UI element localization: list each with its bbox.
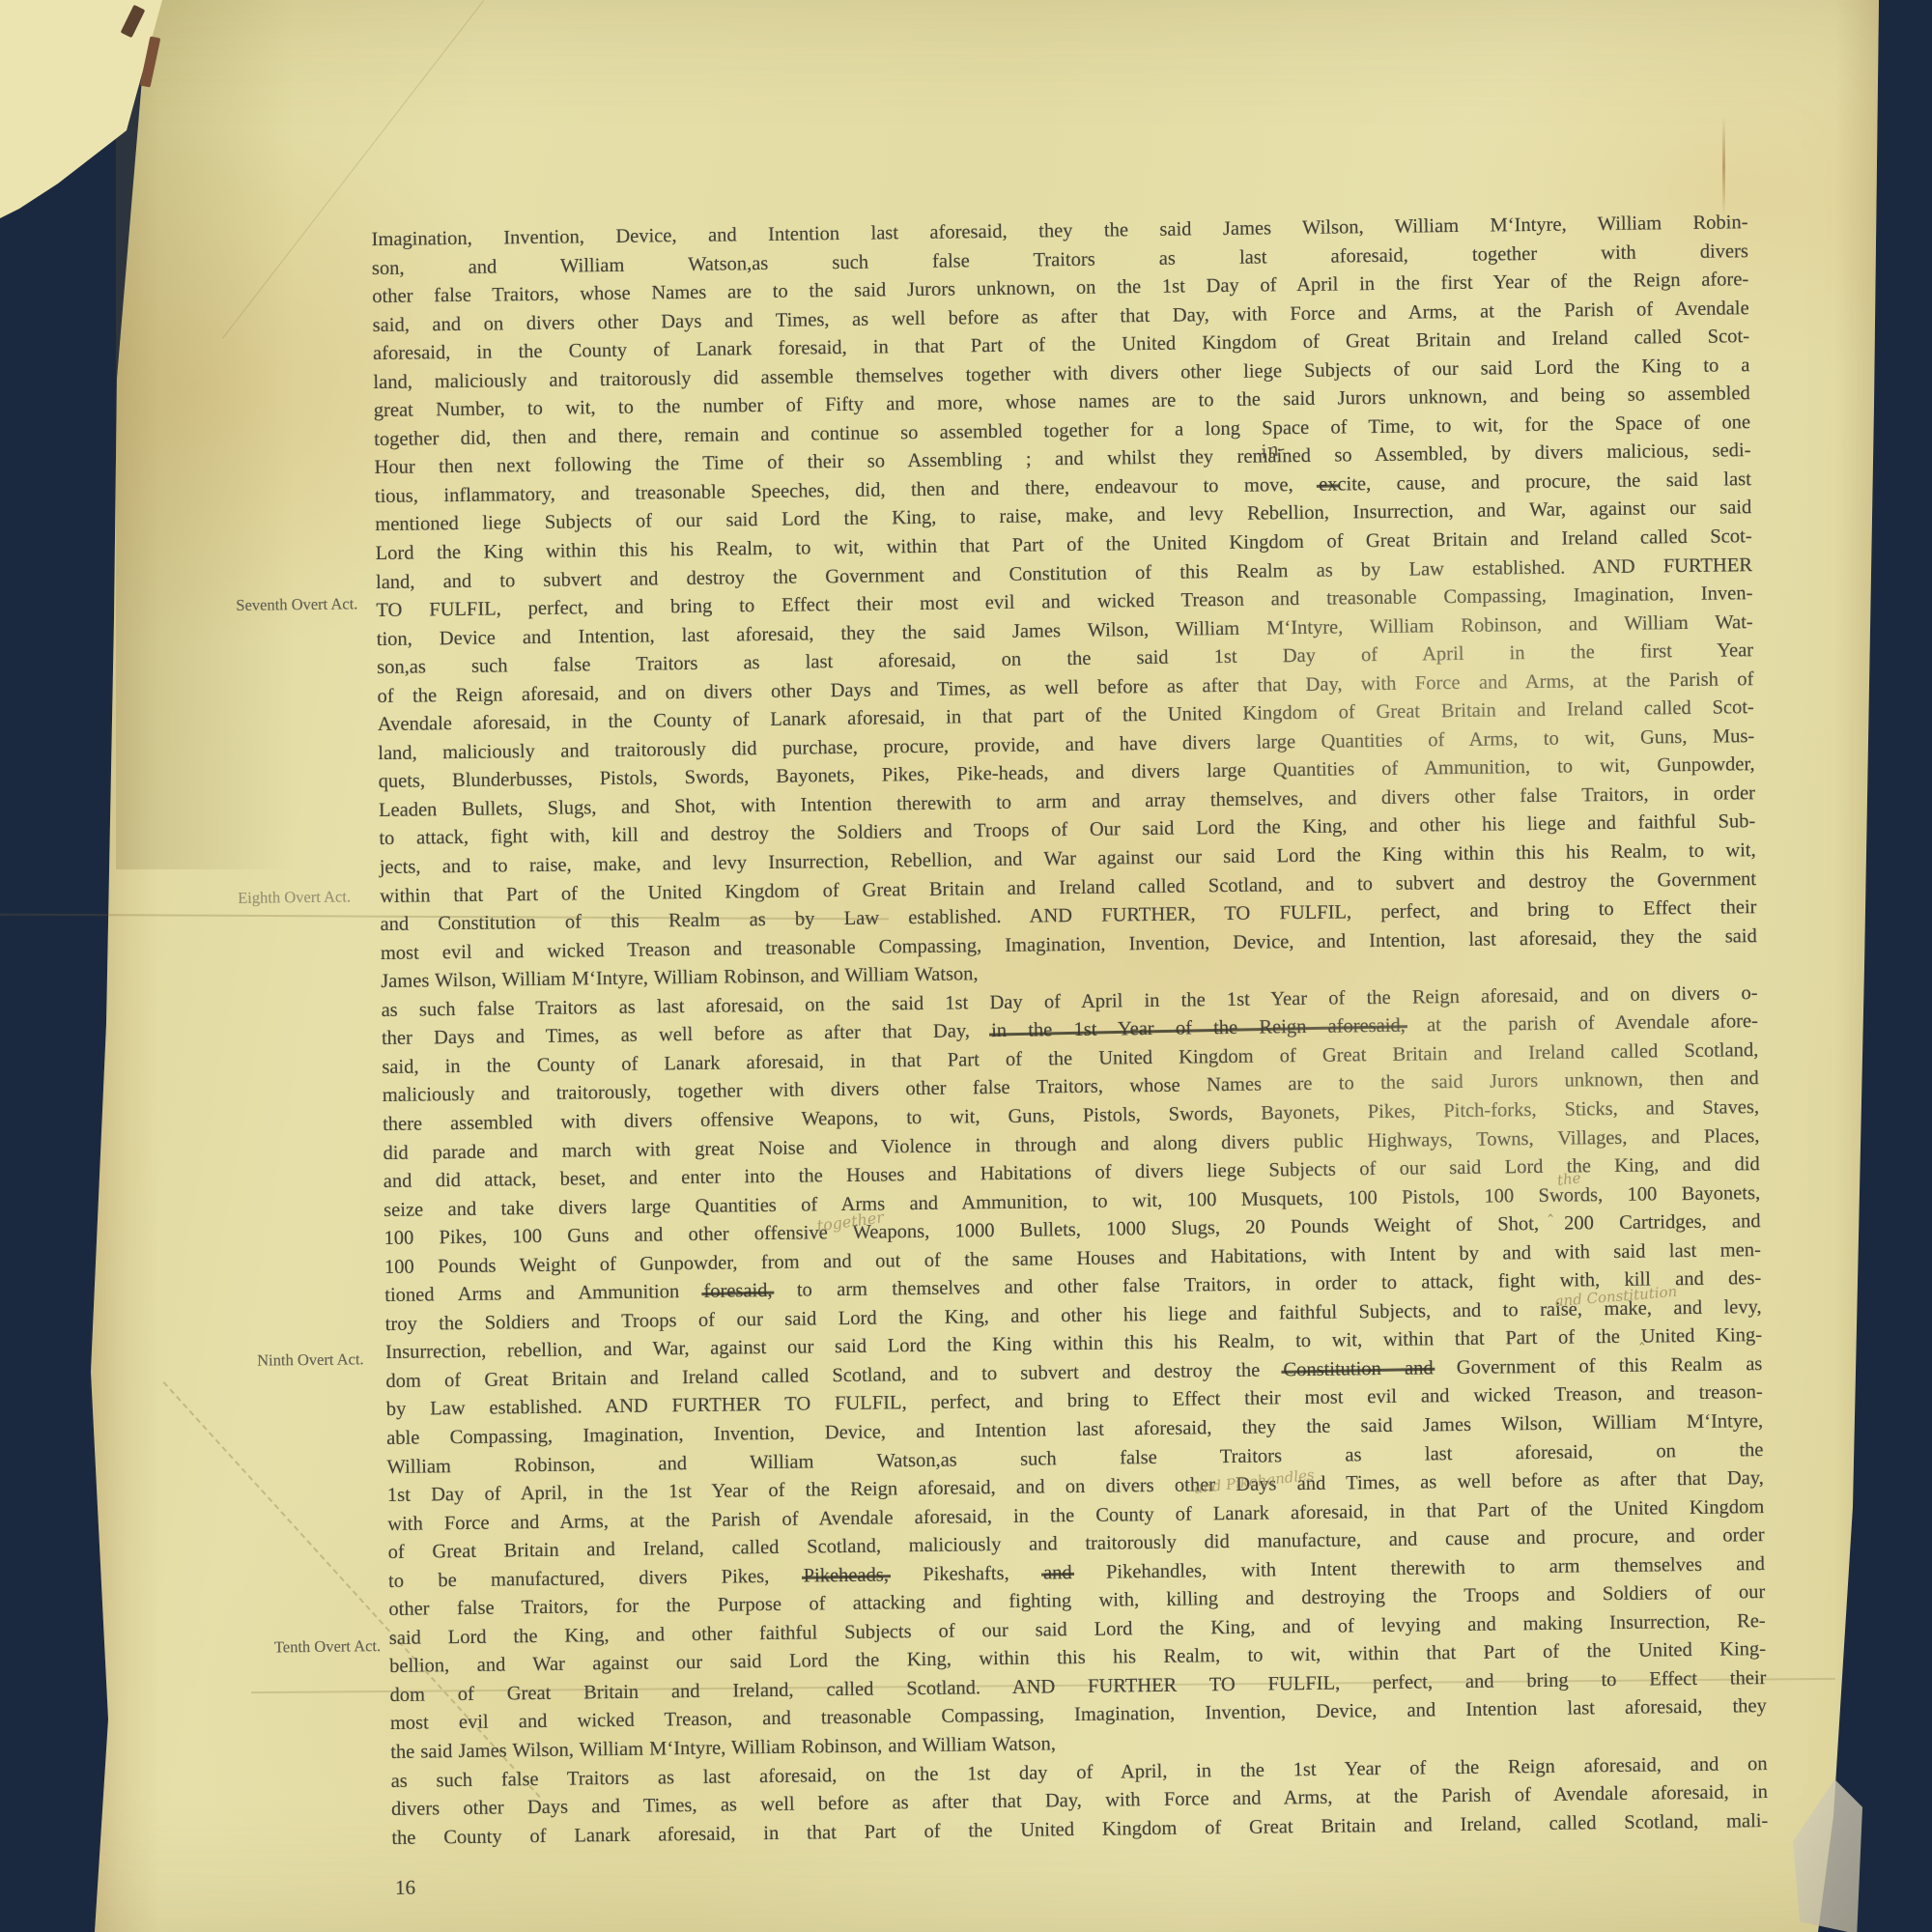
printed-text: ther Days and Times, as well before as a… <box>382 1020 991 1049</box>
printed-text: son, and William Watson, <box>372 253 753 279</box>
printed-text: Pikeshafts, <box>889 1562 1043 1585</box>
scanned-document-photo: Seventh Overt Act.Eighth Overt Act.Ninth… <box>0 0 1932 1932</box>
struck-text: ex <box>1319 473 1338 495</box>
printed-text: James Wilson, William M‘Intyre, William … <box>381 963 979 992</box>
struck-text: in the 1st Year of the Reign aforesaid, <box>991 1015 1406 1041</box>
printed-text: William Robinson, and William Watson, <box>386 1449 940 1477</box>
struck-text: Constitution and <box>1283 1357 1433 1380</box>
page-number: 16 <box>395 1876 415 1900</box>
margin-notes: Seventh Overt Act.Eighth Overt Act.Ninth… <box>0 0 1918 5</box>
handwritten-correction: ‸ <box>1639 1327 1645 1346</box>
printed-text: Pikehandles, with Intent therewith to ar… <box>1072 1553 1766 1583</box>
struck-text: and <box>1043 1562 1072 1583</box>
margin-note: Eighth Overt Act. <box>238 887 355 908</box>
struck-text: Pikeheads, <box>804 1564 890 1586</box>
struck-text: foresaid, <box>703 1280 772 1302</box>
document-text: Imagination, Invention, Device, and Inte… <box>371 209 1768 1853</box>
printed-text: at the parish of Avendale afore- <box>1406 1010 1758 1037</box>
printed-text: the said James Wilson, William M‘Intyre,… <box>390 1733 1056 1763</box>
printed-text: to be manufactured, divers Pikes, <box>388 1565 804 1591</box>
handwritten-correction: the <box>1556 1169 1582 1189</box>
handwritten-correction: in- <box>1260 438 1287 463</box>
handwritten-annotations: in-the‸togetherand Constitution‸and Pike… <box>0 0 1918 5</box>
handwritten-correction: ‸ <box>1548 1199 1553 1217</box>
printed-text: cite, cause, and procure, the said last <box>1337 469 1751 495</box>
printed-text: Government of this Realm as <box>1433 1353 1762 1378</box>
printed-text: son, <box>377 657 410 678</box>
margin-note: Seventh Overt Act. <box>236 594 359 615</box>
page-content: Seventh Overt Act.Eighth Overt Act.Ninth… <box>0 0 1932 1932</box>
printed-text: tioned Arms and Ammunition <box>384 1281 703 1306</box>
